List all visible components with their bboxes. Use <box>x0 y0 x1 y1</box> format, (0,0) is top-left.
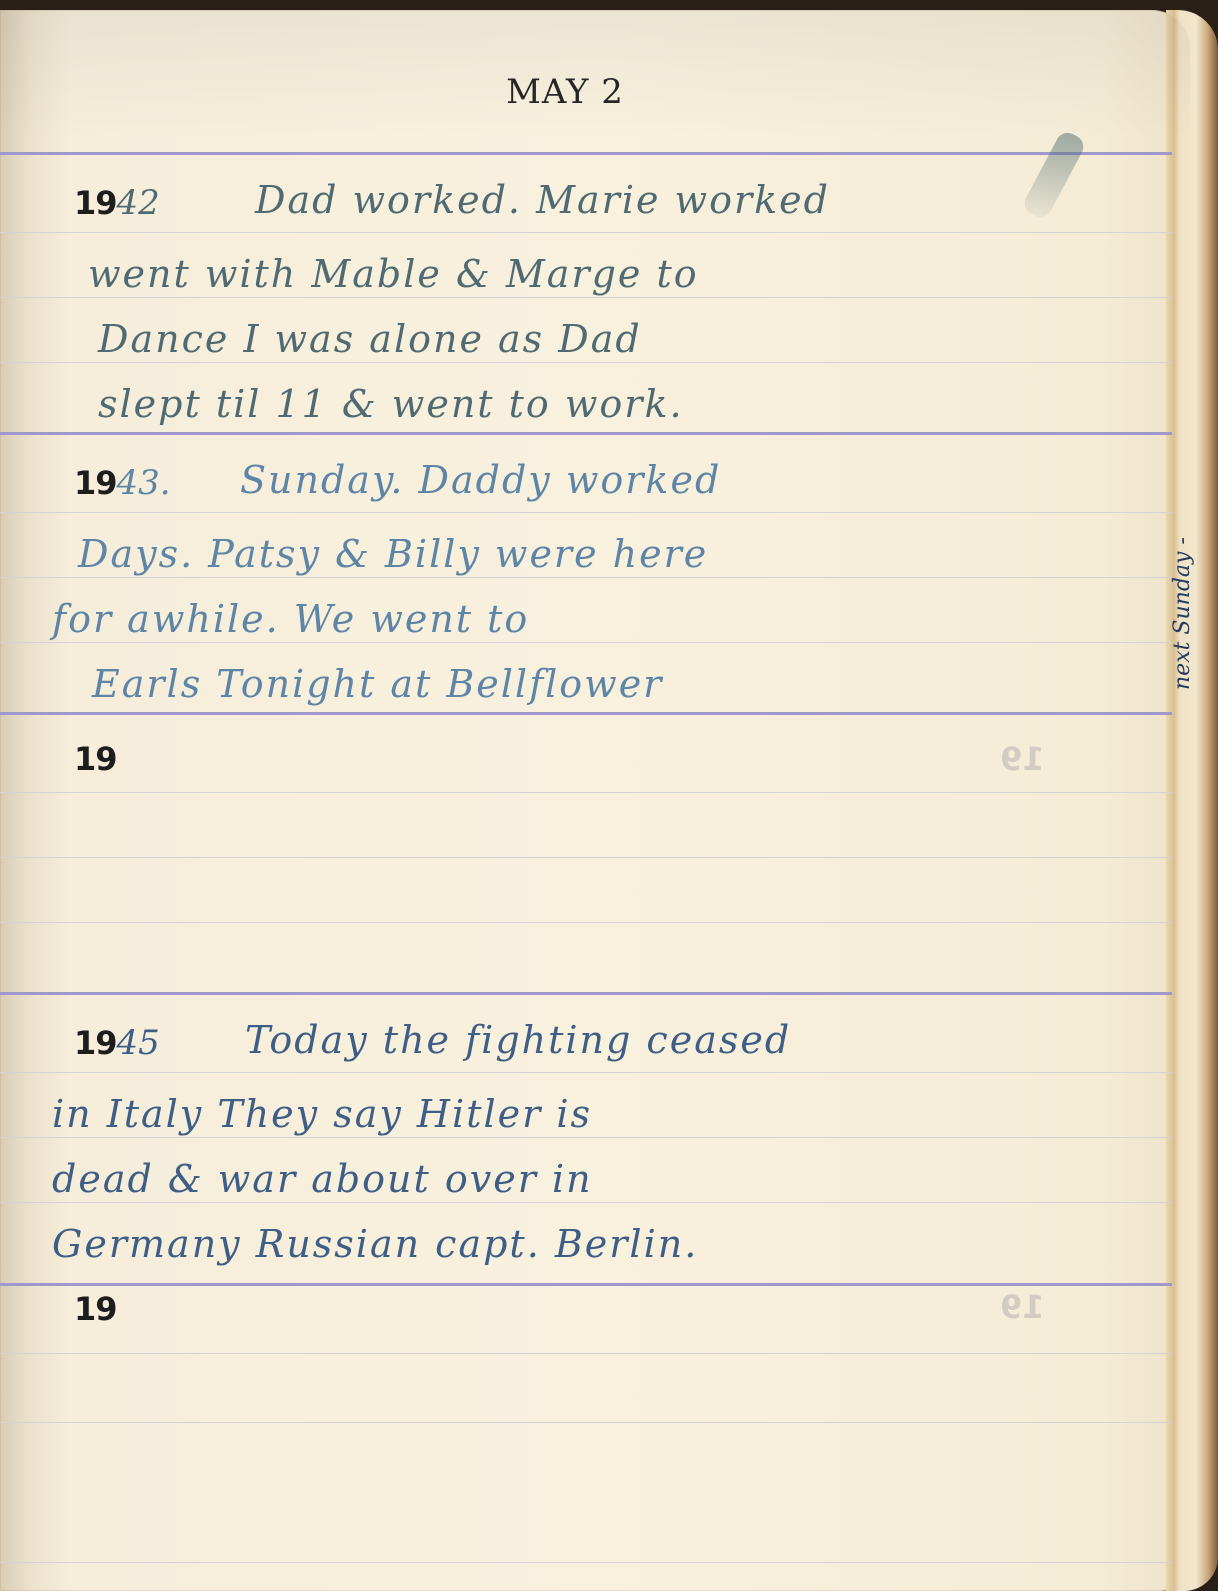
printed-year: 19 <box>74 1024 117 1062</box>
rule-line <box>0 362 1172 363</box>
year-label: 1942 <box>74 183 160 223</box>
year-label: 1943. <box>74 463 171 503</box>
year-label: 19 <box>74 740 117 778</box>
page-edge <box>1166 10 1218 1591</box>
entry-line: Germany Russian capt. Berlin. <box>52 1222 698 1266</box>
entry-line: dead & war about over in <box>52 1157 593 1201</box>
entry-divider <box>0 712 1172 715</box>
handwritten-year: 43. <box>117 463 171 503</box>
rule-line <box>0 512 1172 513</box>
rule-line <box>0 152 1172 155</box>
rule-line <box>0 792 1172 793</box>
entry-line: in Italy They say Hitler is <box>52 1092 592 1136</box>
entry-line: Earls Tonight at Bellflower <box>92 662 663 706</box>
entry-line: went with Mable & Marge to <box>88 252 699 296</box>
entry-line: Days. Patsy & Billy were here <box>78 532 708 576</box>
rule-line <box>0 642 1172 643</box>
entry-line: for awhile. We went to <box>52 597 529 641</box>
printed-year: 19 <box>74 464 117 502</box>
entry-divider <box>0 432 1172 435</box>
rule-line <box>0 1137 1172 1138</box>
entry-line: Sunday. Daddy worked <box>240 458 721 502</box>
entry-divider <box>0 1283 1172 1286</box>
page-date-title: MAY 2 <box>0 72 1130 112</box>
rule-line <box>0 577 1172 578</box>
handwritten-year: 42 <box>117 183 160 223</box>
year-label: 1945 <box>74 1023 160 1063</box>
entry-divider <box>0 992 1172 995</box>
entry-line: Dance I was alone as Dad <box>98 317 642 361</box>
entry-line: Today the fighting ceased <box>245 1018 791 1062</box>
margin-note: next Sunday - <box>1170 537 1195 690</box>
rule-line <box>0 1353 1172 1354</box>
rule-line <box>0 232 1172 233</box>
rule-line <box>0 922 1172 923</box>
rule-line <box>0 1562 1172 1563</box>
handwritten-year: 45 <box>117 1023 160 1063</box>
entry-line: slept til 11 & went to work. <box>98 382 684 426</box>
rule-line <box>0 1072 1172 1073</box>
year-label: 19 <box>74 1290 117 1328</box>
rule-line <box>0 857 1172 858</box>
rule-line <box>0 1202 1172 1203</box>
printed-year: 19 <box>74 184 117 222</box>
rule-line <box>0 297 1172 298</box>
bleed-through-year: 19 <box>1000 1288 1045 1326</box>
bleed-through-year: 19 <box>1000 740 1045 778</box>
rule-line <box>0 1422 1172 1423</box>
entry-line: Dad worked. Marie worked <box>255 178 830 222</box>
